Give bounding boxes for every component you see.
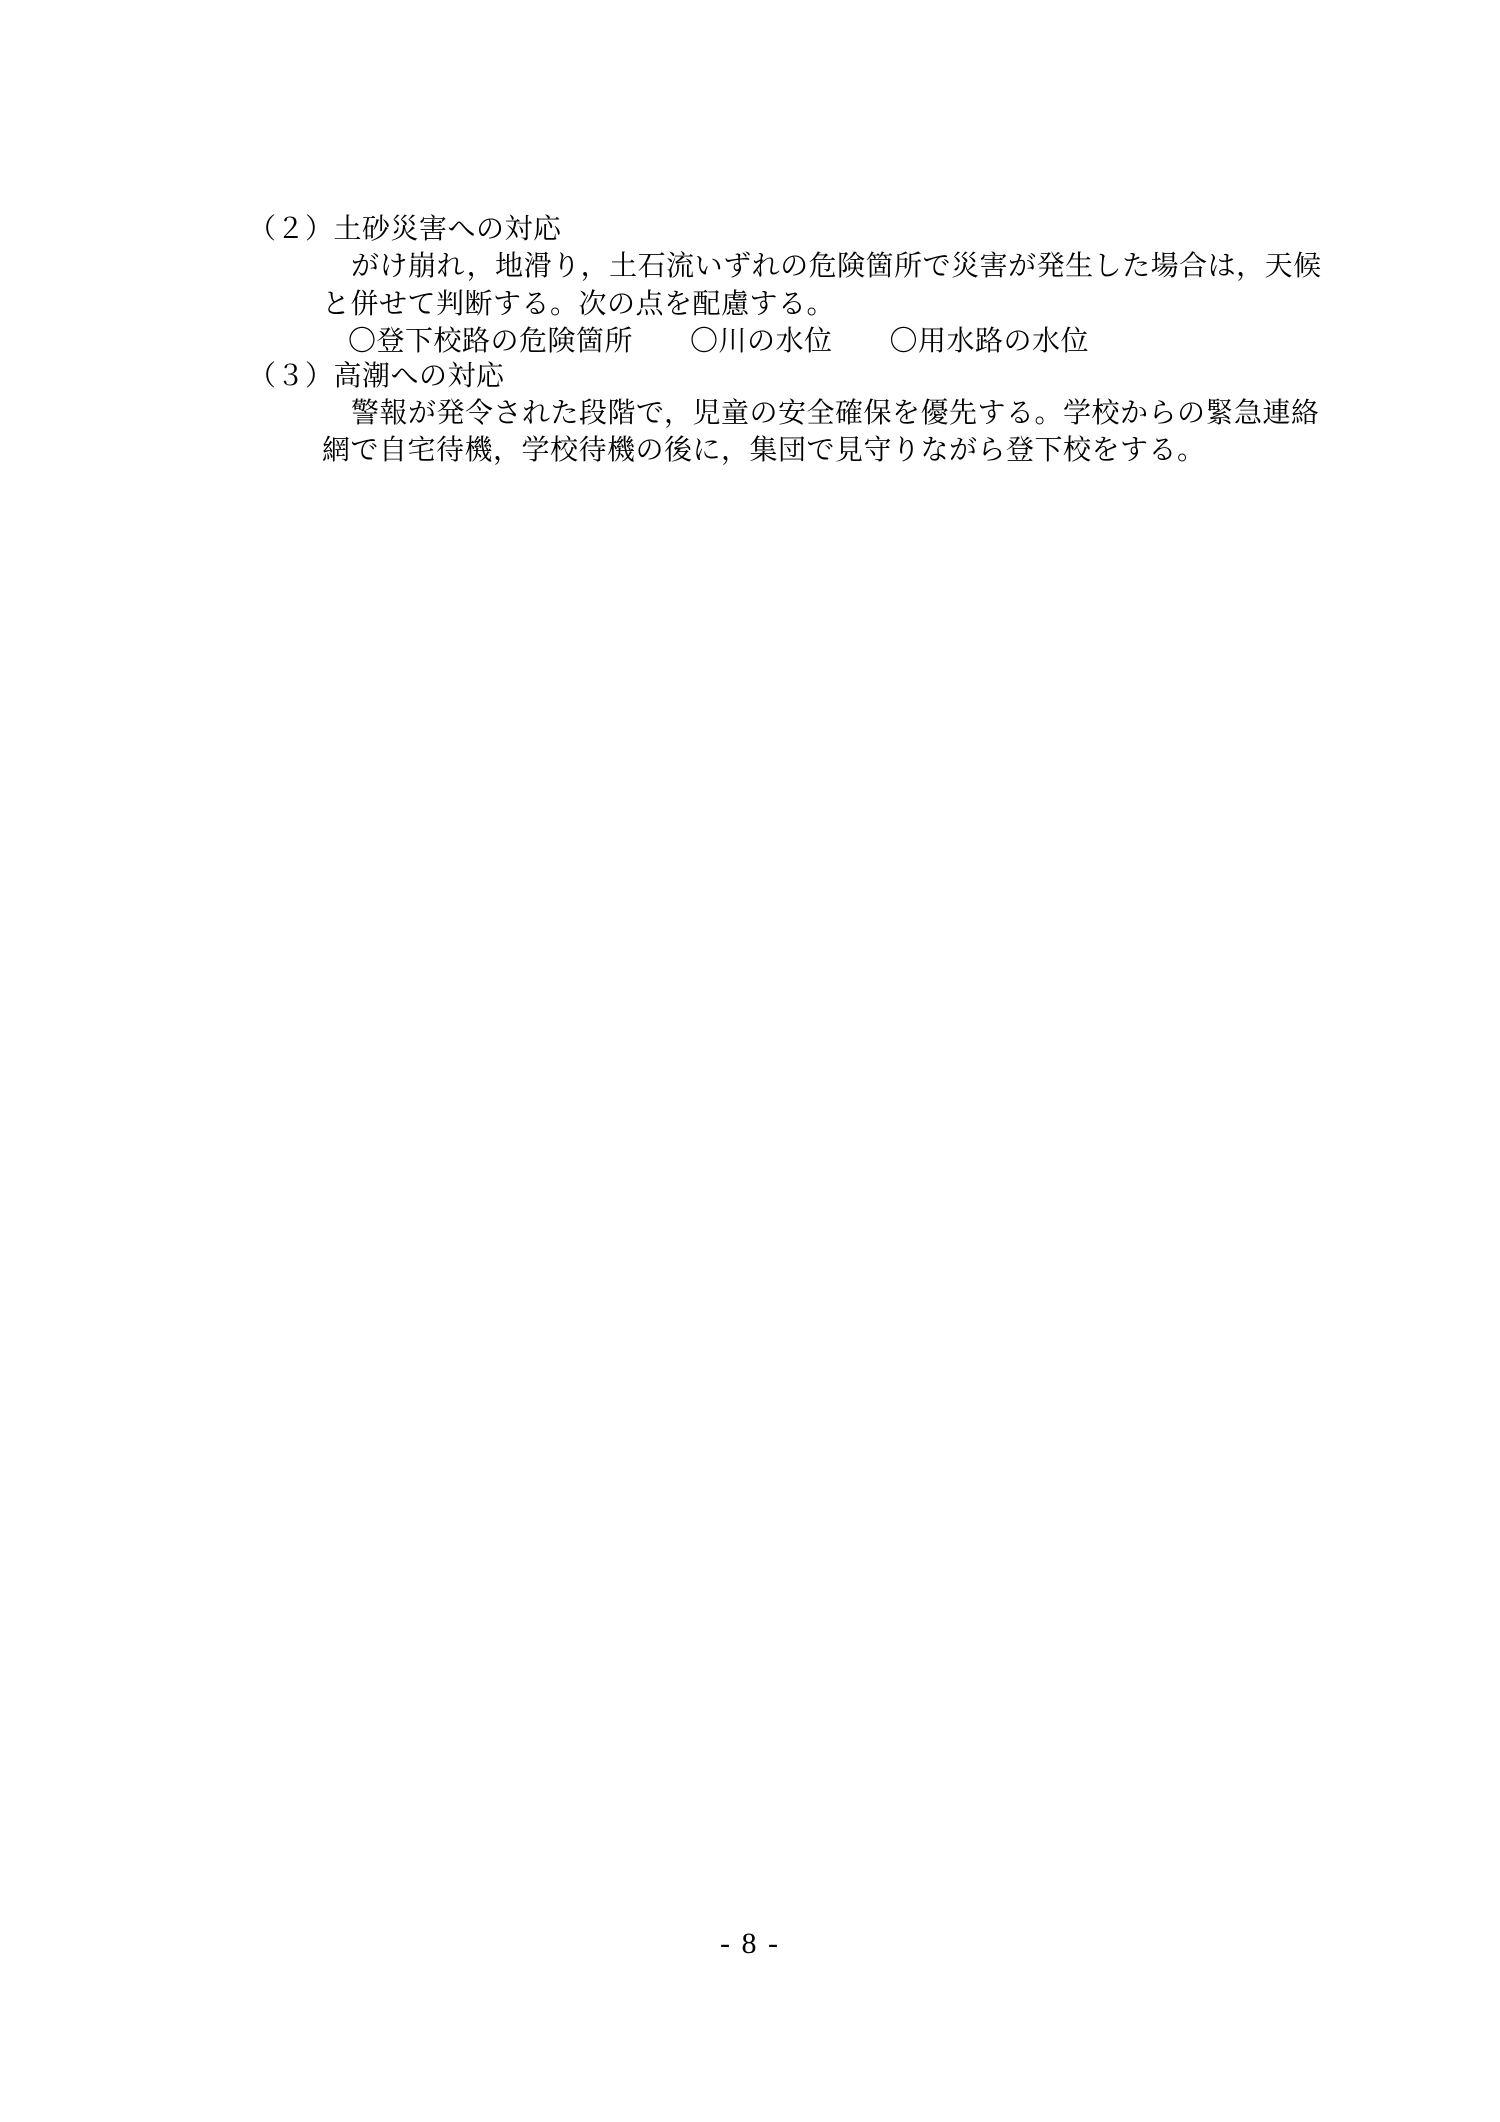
section-2-bullet-items: 〇登下校路の危険箇所 〇川の水位 〇用水路の水位 — [348, 322, 1089, 359]
section-2-body-line-1: がけ崩れ，地滑り，土石流いずれの危険箇所で災害が発生した場合は，天候 — [351, 247, 1322, 284]
section-2-heading: （２）土砂災害への対応 — [248, 210, 562, 247]
document-page: （２）土砂災害への対応 がけ崩れ，地滑り，土石流いずれの危険箇所で災害が発生した… — [0, 0, 1500, 2122]
section-3-body-line-2: 網で自宅待機，学校待機の後に，集団で見守りながら登下校をする。 — [322, 431, 1206, 468]
page-number: - 8 - — [0, 1926, 1500, 1962]
section-3-body-line-1: 警報が発令された段階で，児童の安全確保を優先する。学校からの緊急連絡 — [351, 394, 1319, 431]
section-3-heading: （３）高潮への対応 — [248, 357, 505, 394]
section-2-body-line-2: と併せて判断する。次の点を配慮する。 — [322, 285, 835, 322]
